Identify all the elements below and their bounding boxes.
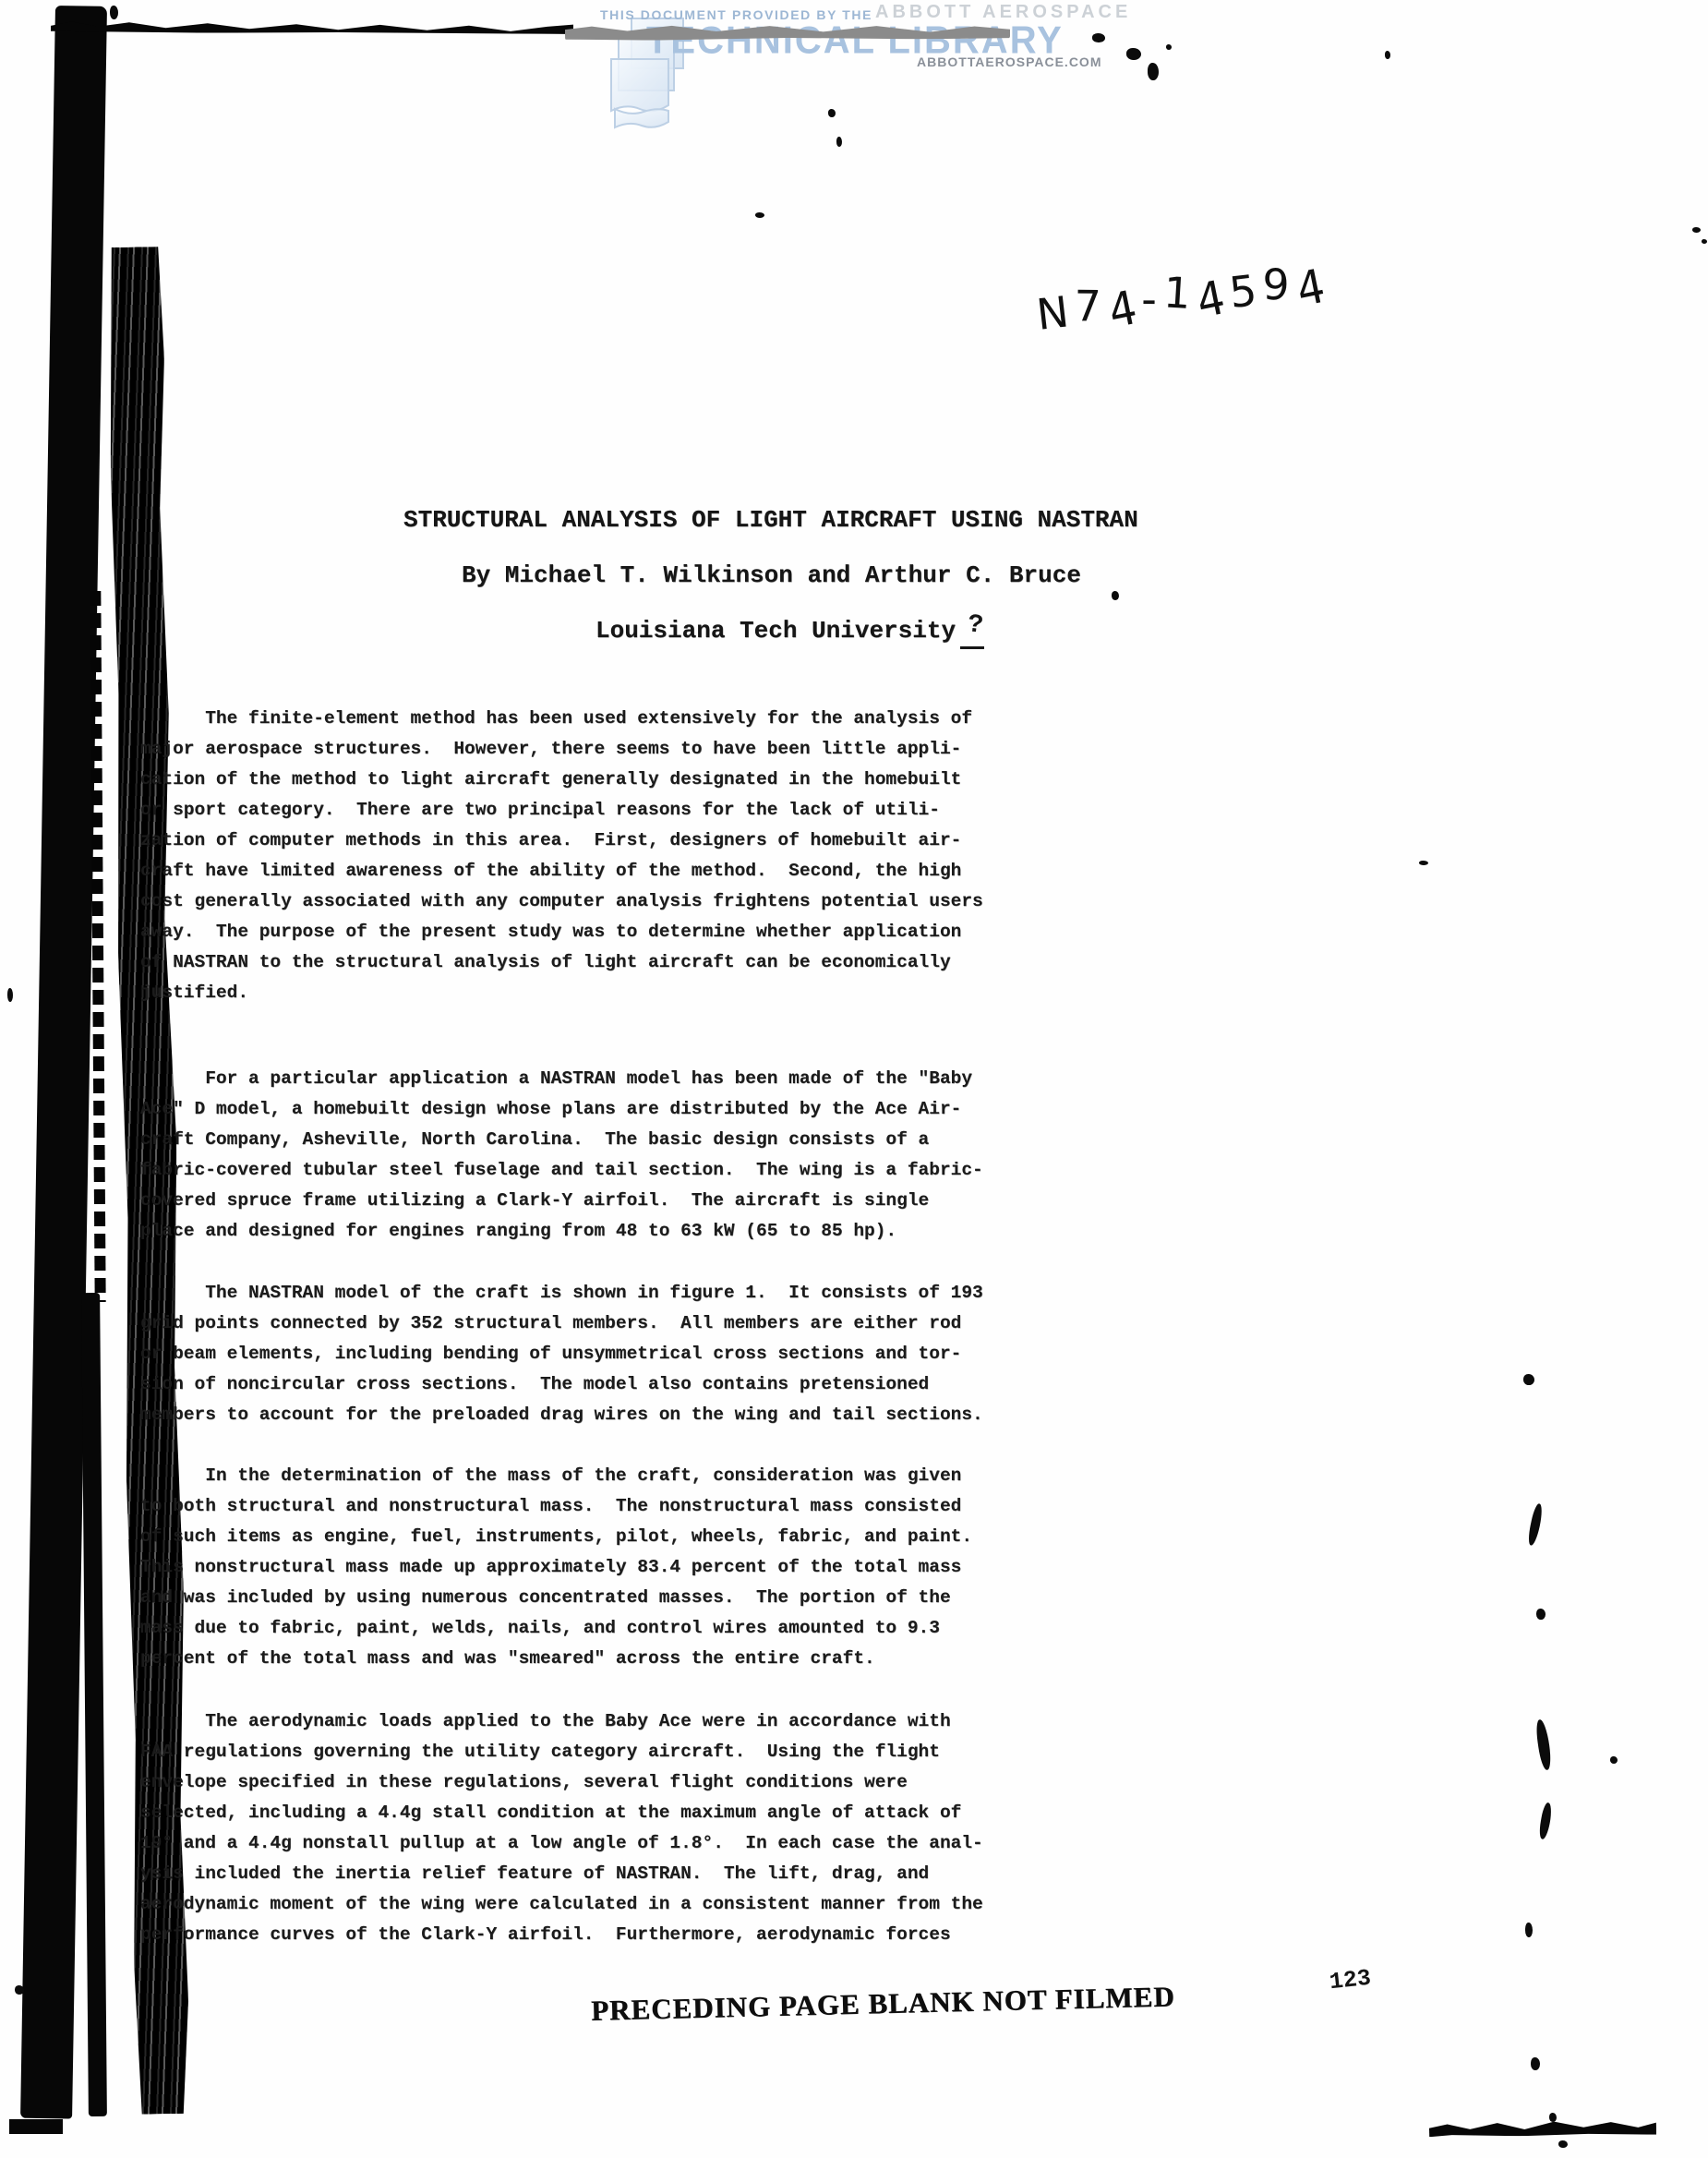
paragraph-3: The NASTRAN model of the craft is shown … bbox=[140, 1278, 983, 1430]
text-line: cost generally associated with any compu… bbox=[140, 886, 983, 917]
text-line: place and designed for engines ranging f… bbox=[140, 1216, 983, 1247]
ink-speck bbox=[1692, 227, 1701, 233]
ink-speck bbox=[1525, 1923, 1533, 1937]
ink-speck bbox=[7, 988, 13, 1002]
scan-artifact-thin-line bbox=[90, 591, 105, 1302]
ink-speck bbox=[1549, 2113, 1557, 2122]
ink-speck bbox=[1148, 63, 1159, 80]
paragraph-2: For a particular application a NASTRAN m… bbox=[140, 1064, 983, 1247]
ink-speck bbox=[836, 137, 842, 147]
paragraph-1: The finite-element method has been used … bbox=[140, 704, 983, 1008]
ink-speck bbox=[1702, 239, 1707, 244]
ink-speck bbox=[1526, 1502, 1544, 1546]
scan-artifact-thin-band bbox=[81, 1293, 107, 2116]
text-line: aerodynamic moment of the wing were calc… bbox=[140, 1889, 983, 1920]
text-line: away. The purpose of the present study w… bbox=[140, 917, 983, 947]
text-line: fabric-covered tubular steel fuselage an… bbox=[140, 1155, 983, 1186]
handwritten-question-mark: ? bbox=[966, 610, 984, 641]
text-line: 19° and a 4.4g nonstall pullup at a low … bbox=[140, 1828, 983, 1859]
text-line: For a particular application a NASTRAN m… bbox=[140, 1064, 983, 1094]
preceding-page-stamp: PRECEDING PAGE BLANK NOT FILMED bbox=[591, 1980, 1175, 2027]
text-line: craft have limited awareness of the abil… bbox=[140, 856, 983, 886]
text-line: sion of noncircular cross sections. The … bbox=[140, 1369, 983, 1400]
ink-speck bbox=[1610, 1756, 1618, 1764]
text-line: percent of the total mass and was "smear… bbox=[140, 1644, 972, 1674]
watermark-url: ABBOTTAEROSPACE.COM bbox=[917, 54, 1101, 69]
text-line: mass due to fabric, paint, welds, nails,… bbox=[140, 1613, 972, 1644]
scan-artifact-corner bbox=[9, 2119, 63, 2134]
ink-speck bbox=[1126, 48, 1141, 60]
ink-speck bbox=[1538, 1802, 1554, 1839]
ink-speck bbox=[1523, 1374, 1534, 1385]
text-line: cation of the method to light aircraft g… bbox=[140, 765, 983, 795]
text-line: or beam elements, including bending of u… bbox=[140, 1339, 983, 1369]
text-line: Ace" D model, a homebuilt design whose p… bbox=[140, 1094, 983, 1125]
paper-title: STRUCTURAL ANALYSIS OF LIGHT AIRCRAFT US… bbox=[403, 506, 1138, 534]
text-line: major aerospace structures. However, the… bbox=[140, 734, 983, 765]
ink-speck bbox=[1534, 1718, 1553, 1770]
ink-speck bbox=[1531, 2057, 1540, 2070]
text-line: zation of computer methods in this area.… bbox=[140, 826, 983, 856]
text-line: members to account for the preloaded dra… bbox=[140, 1400, 983, 1430]
text-line: envelope specified in these regulations,… bbox=[140, 1767, 983, 1798]
ink-speck bbox=[1419, 861, 1428, 865]
ink-speck bbox=[1166, 44, 1172, 50]
text-line: of such items as engine, fuel, instrumen… bbox=[140, 1522, 972, 1552]
scan-artifact-top-line bbox=[51, 20, 573, 34]
ink-speck bbox=[755, 212, 764, 218]
ink-speck bbox=[828, 109, 836, 117]
paper-affiliation: Louisiana Tech University bbox=[595, 617, 956, 645]
handwritten-accession-number: N74-14594 bbox=[1034, 257, 1332, 340]
text-line: or sport category. There are two princip… bbox=[140, 795, 983, 826]
text-line: ysis included the inertia relief feature… bbox=[140, 1859, 983, 1889]
text-line: to both structural and nonstructural mas… bbox=[140, 1491, 972, 1522]
text-line: The finite-element method has been used … bbox=[140, 704, 983, 734]
ink-speck bbox=[110, 6, 118, 19]
text-line: performance curves of the Clark-Y airfoi… bbox=[140, 1920, 983, 1950]
scan-artifact-bottom-bar bbox=[1429, 2120, 1656, 2138]
ink-speck bbox=[1092, 33, 1105, 42]
text-line: covered spruce frame utilizing a Clark-Y… bbox=[140, 1186, 983, 1216]
text-line: The aerodynamic loads applied to the Bab… bbox=[140, 1706, 983, 1737]
ink-speck bbox=[1558, 2140, 1568, 2148]
paper-byline: By Michael T. Wilkinson and Arthur C. Br… bbox=[462, 561, 1081, 589]
text-line: craft Company, Asheville, North Carolina… bbox=[140, 1125, 983, 1155]
ink-speck bbox=[1536, 1609, 1546, 1620]
page-number: 123 bbox=[1329, 1965, 1373, 1996]
paragraph-5: The aerodynamic loads applied to the Bab… bbox=[140, 1706, 983, 1950]
paragraph-4: In the determination of the mass of the … bbox=[140, 1461, 972, 1674]
scanned-paper-page: THIS DOCUMENT PROVIDED BY THE ABBOTT AER… bbox=[0, 0, 1708, 2158]
text-line: grid points connected by 352 structural … bbox=[140, 1308, 983, 1339]
text-line: This nonstructural mass made up approxim… bbox=[140, 1552, 972, 1583]
handwritten-underline bbox=[960, 646, 984, 649]
text-line: and was included by using numerous conce… bbox=[140, 1583, 972, 1613]
text-line: justified. bbox=[140, 978, 983, 1008]
ink-speck bbox=[15, 1985, 24, 1995]
text-line: The NASTRAN model of the craft is shown … bbox=[140, 1278, 983, 1308]
text-line: selected, including a 4.4g stall conditi… bbox=[140, 1798, 983, 1828]
text-line: FAA regulations governing the utility ca… bbox=[140, 1737, 983, 1767]
text-line: In the determination of the mass of the … bbox=[140, 1461, 972, 1491]
ink-speck bbox=[1385, 51, 1390, 59]
text-line: of NASTRAN to the structural analysis of… bbox=[140, 947, 983, 978]
ink-speck bbox=[1112, 591, 1119, 600]
